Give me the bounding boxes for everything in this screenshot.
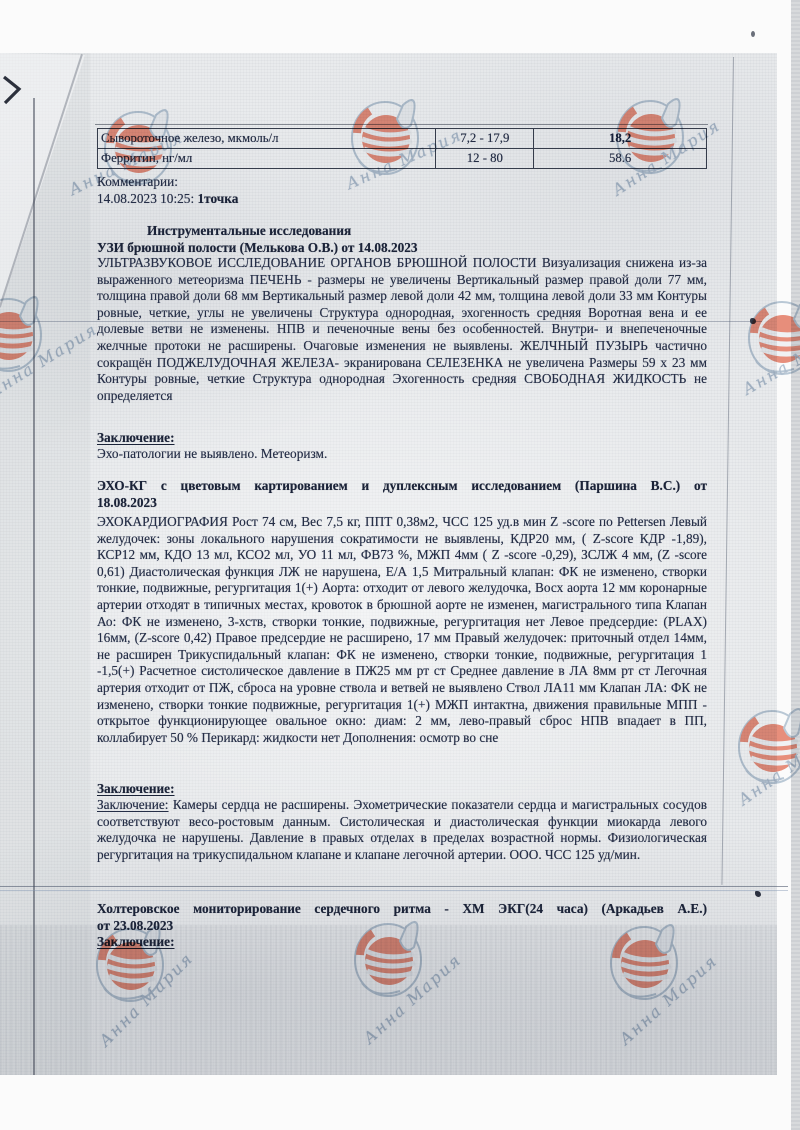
left-fold-crease-line [33, 98, 35, 1075]
section-divider-line [0, 886, 788, 887]
echo-body: ЭХОКАРДИОГРАФИЯ Рост 74 см, Вес 7,5 кг, … [97, 514, 707, 746]
corner-mark-icon [2, 74, 24, 111]
table-row-ferritin: Ферритин, нг/мл 12 - 80 58.6 [98, 149, 707, 169]
comment-timestamp: 14.08.2023 10:25: [97, 191, 194, 206]
holter-title-line1: Холтеровское мониторирование сердечного … [97, 901, 707, 918]
result-value-cell: 58.6 [534, 149, 707, 169]
holter-conclusion-label: Заключение: [97, 934, 707, 951]
analyte-name-cell: Сывороточное железо, мкмоль/л [98, 129, 436, 149]
scan-artifact-speck [751, 31, 755, 37]
result-value-cell: 18,2 [534, 129, 707, 149]
echo-conclusion-inline-label: Заключение: [97, 797, 169, 812]
holter-title-line2: от 23.08.2023 [97, 918, 173, 933]
comments-label: Комментарии: [97, 174, 707, 191]
uzi-conclusion-label: Заключение: [97, 430, 707, 447]
table-row-serum-iron: Сывороточное железо, мкмоль/л 7,2 - 17,9… [98, 129, 707, 149]
scan-artifact-speck [755, 891, 761, 897]
section-divider-line-2 [0, 890, 788, 891]
uzi-conclusion: Эхо-патологии не выявлено. Метеоризм. [97, 446, 707, 463]
holter-title: Холтеровское мониторирование сердечного … [97, 901, 707, 934]
comment-text: 1точка [197, 191, 238, 206]
scanned-medical-document: Сывороточное железо, мкмоль/л 7,2 - 17,9… [0, 0, 800, 1130]
reference-range-cell: 12 - 80 [436, 149, 534, 169]
reference-range-cell: 7,2 - 17,9 [436, 129, 534, 149]
scan-artifact-dot [750, 318, 756, 324]
analyte-name-cell: Ферритин, нг/мл [98, 149, 436, 169]
echo-conclusion-label: Заключение: [97, 781, 707, 798]
echo-conclusion-text: Камеры сердца не расширены. Эхометрическ… [97, 797, 707, 862]
echo-title-line1: ЭХО-КГ с цветовым картированием и дуплек… [97, 478, 707, 495]
scan-edge-strip [791, 0, 800, 1130]
lab-results-table: Сывороточное железо, мкмоль/л 7,2 - 17,9… [97, 128, 707, 169]
uzi-body: УЛЬТРАЗВУКОВОЕ ИССЛЕДОВАНИЕ ОРГАНОВ БРЮШ… [97, 255, 707, 404]
comment-line: 14.08.2023 10:25: 1точка [97, 191, 707, 208]
table-top-artifact-line [95, 124, 708, 125]
echo-title-line2: 18.08.2023 [97, 495, 157, 510]
echo-title: ЭХО-КГ с цветовым картированием и дуплек… [97, 478, 707, 511]
instrumental-studies-header: Инструментальные исследования [97, 223, 707, 240]
echo-conclusion: Заключение: Камеры сердца не расширены. … [97, 797, 707, 863]
